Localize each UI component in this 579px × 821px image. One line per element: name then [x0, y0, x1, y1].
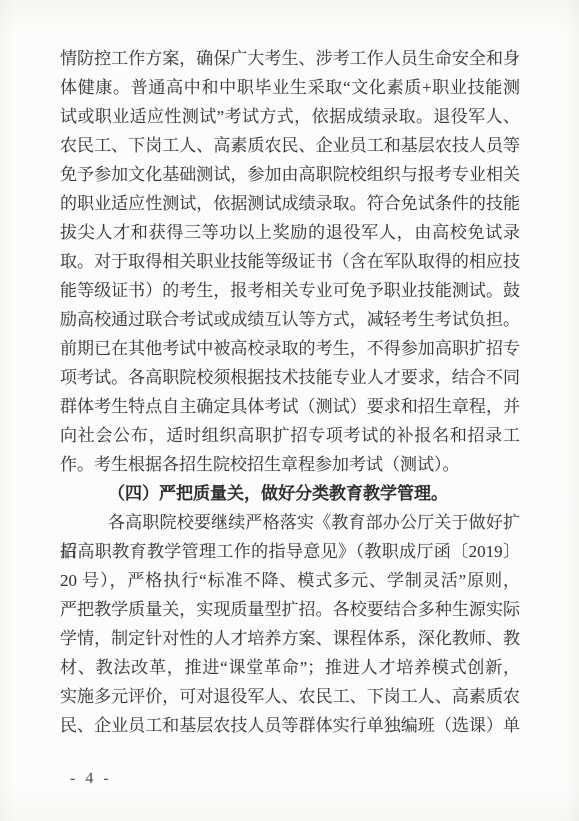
text-line: 后高职教育教学管理工作的指导意见》（教职成厅函〔2019〕 — [60, 537, 520, 566]
text-line: 前期已在其他考试中被高校录取的考生，不得参加高职扩招专 — [60, 334, 520, 363]
section-heading: （四）严把质量关，做好分类教育教学管理。 — [60, 479, 520, 508]
text-line: 向社会公布，适时组织高职扩招专项考试的补报名和招录工 — [60, 421, 520, 450]
text-line: 情防控工作方案，确保广大考生、涉考工作人员生命安全和身 — [60, 44, 520, 73]
page-number: - 4 - — [70, 767, 112, 791]
text-line: 学情，制定针对性的人才培养方案、课程体系，深化教师、教 — [60, 624, 520, 653]
text-line: 20 号），严格执行“标准不降、模式多元、学制灵活”原则， — [60, 566, 520, 595]
text-line: 取。对于取得相关职业技能等级证书（含在军队取得的相应技 — [60, 247, 520, 276]
text-line: 各高职院校要继续严格落实《教育部办公厅关于做好扩招 — [60, 508, 520, 537]
text-line: 试或职业适应性测试”考试方式，依据成绩录取。退役军人、 — [60, 102, 520, 131]
text-line: 励高校通过联合考试或成绩互认等方式，减轻考生考试负担。 — [60, 305, 520, 334]
text-line: 作。考生根据各招生院校招生章程参加考试（测试）。 — [60, 450, 520, 479]
text-line: 农民工、下岗工人、高素质农民、企业员工和基层农技人员等 — [60, 131, 520, 160]
text-line: 严把教学质量关，实现质量型扩招。各校要结合多种生源实际 — [60, 595, 520, 624]
document-page: 情防控工作方案，确保广大考生、涉考工作人员生命安全和身 体健康。普通高中和中职毕… — [0, 0, 579, 821]
text-line: 实施多元评价，可对退役军人、农民工、下岗工人、高素质农 — [60, 682, 520, 711]
text-line: 材、教法改革，推进“课堂革命”；推进人才培养模式创新， — [60, 653, 520, 682]
text-line: 免予参加文化基础测试，参加由高职院校组织与报考专业相关 — [60, 160, 520, 189]
text-line: 群体考生特点自主确定具体考试（测试）要求和招生章程，并 — [60, 392, 520, 421]
text-line: 项考试。各高职院校须根据技术技能专业人才要求，结合不同 — [60, 363, 520, 392]
document-body: 情防控工作方案，确保广大考生、涉考工作人员生命安全和身 体健康。普通高中和中职毕… — [60, 44, 520, 740]
text-line: 能等级证书）的考生，报考相关专业可免予职业技能测试。鼓 — [60, 276, 520, 305]
text-line: 体健康。普通高中和中职毕业生采取“文化素质+职业技能测 — [60, 73, 520, 102]
text-line: 拔尖人才和获得三等功以上奖励的退役军人，由高校免试录 — [60, 218, 520, 247]
text-line: 民、企业员工和基层农技人员等群体实行单独编班（选课）单 — [60, 711, 520, 740]
text-line: 的职业适应性测试，依据测试成绩录取。符合免试条件的技能 — [60, 189, 520, 218]
